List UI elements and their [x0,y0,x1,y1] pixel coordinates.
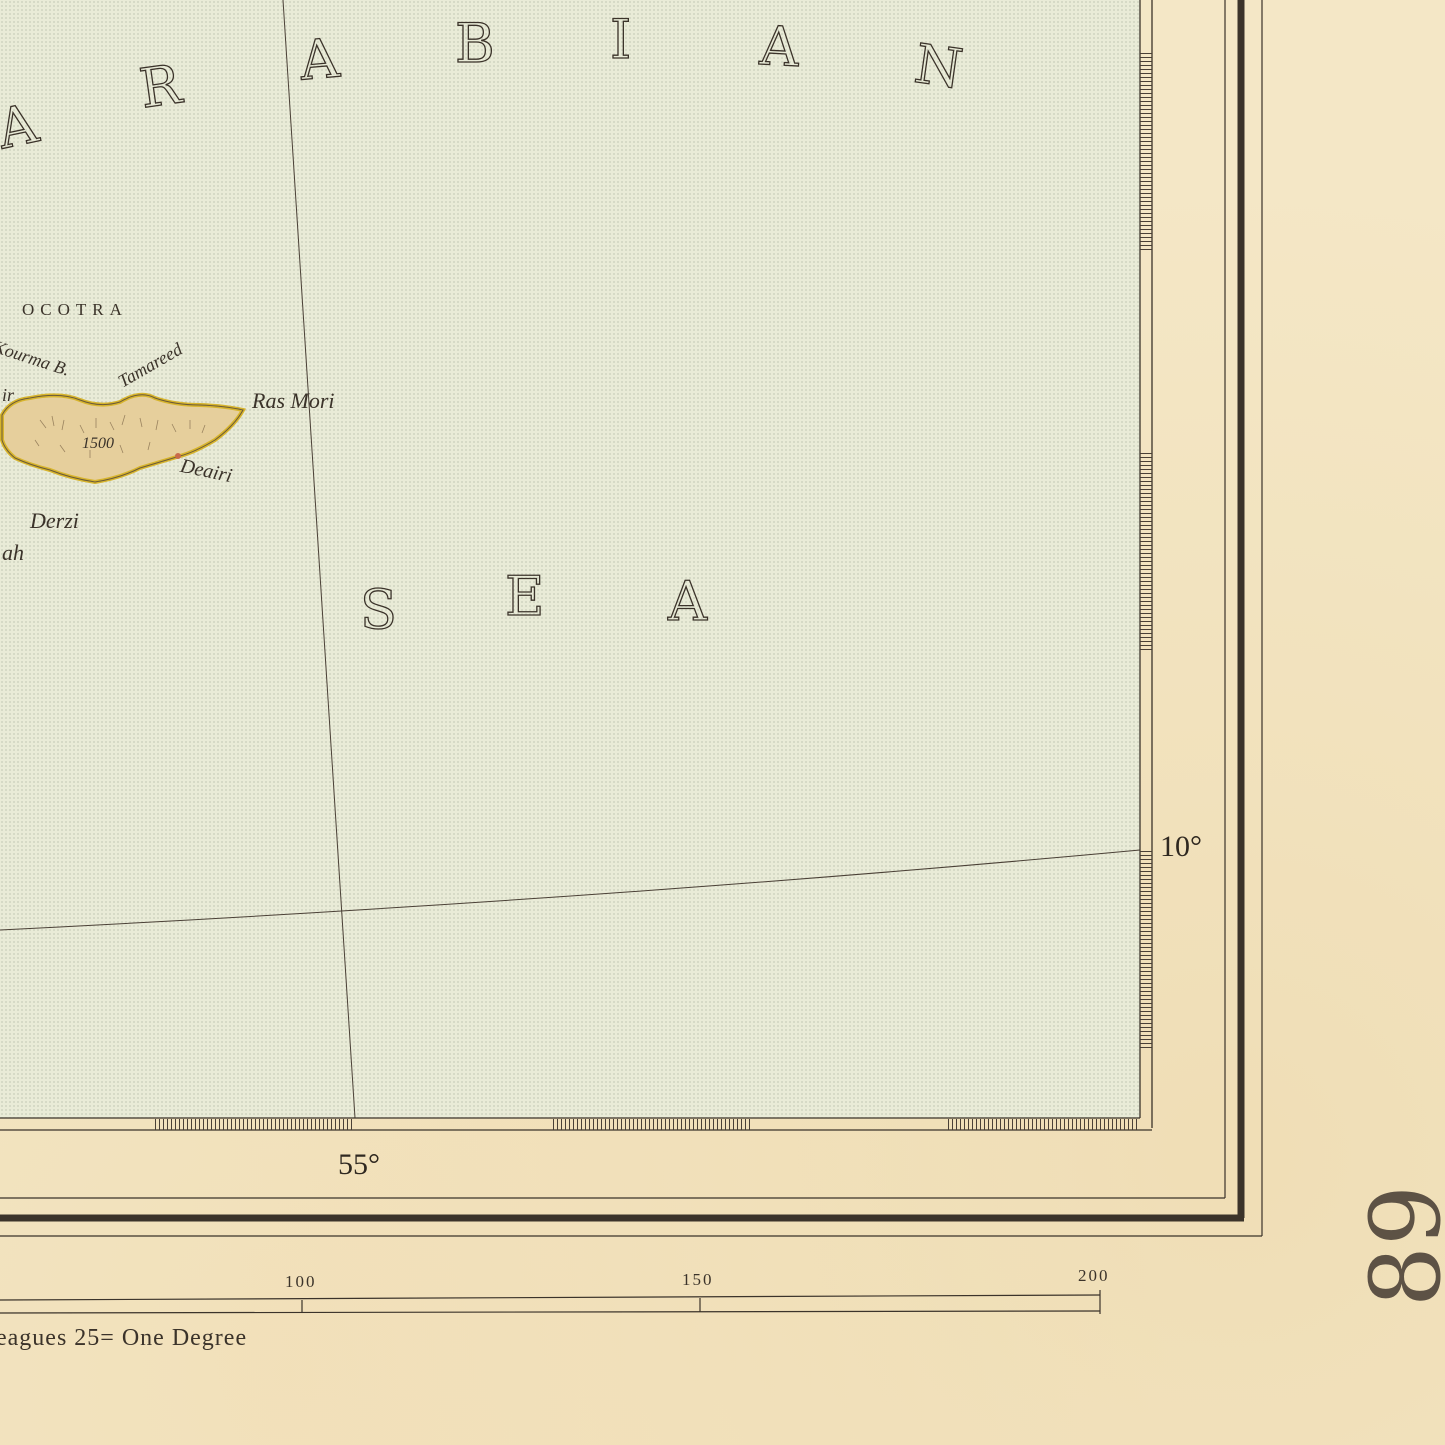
place-ah: ah [2,540,24,566]
lat-scale-band-3 [1140,848,1152,1048]
scale-tick-200: 200 [1078,1266,1110,1286]
place-derzi: Derzi [30,508,79,534]
place-ir: ir [2,385,14,406]
sea-letter: S [360,578,397,641]
lat-scale-band-2 [1140,450,1152,650]
sea-letter: E [505,565,544,628]
scale-caption: eagues 25= One Degree [0,1325,247,1352]
sea-letter: A [758,14,800,79]
socotra-title: OCOTRA [22,300,128,320]
sea-letter: N [911,32,967,101]
scale-tick-150: 150 [682,1270,714,1290]
lon-scale-band-3 [948,1119,1140,1130]
sea-letter: B [455,12,495,75]
longitude-label-55: 55° [338,1148,380,1182]
scale-tick-100: 100 [285,1272,317,1292]
sea-letter: R [136,52,185,120]
page-number: 89 [1350,1185,1445,1307]
sea-letter: A [668,570,707,633]
lat-scale-band-1 [1140,50,1152,250]
lon-scale-band-2 [553,1119,753,1130]
sea-letter: A [297,26,341,92]
elevation-label: 1500 [82,435,114,453]
sea-letter: I [610,8,631,71]
arabian-sea-area [0,0,1140,1118]
latitude-label-10: 10° [1160,830,1202,864]
place-ras-mori: Ras Mori [252,388,335,414]
lon-scale-band-1 [155,1119,355,1130]
